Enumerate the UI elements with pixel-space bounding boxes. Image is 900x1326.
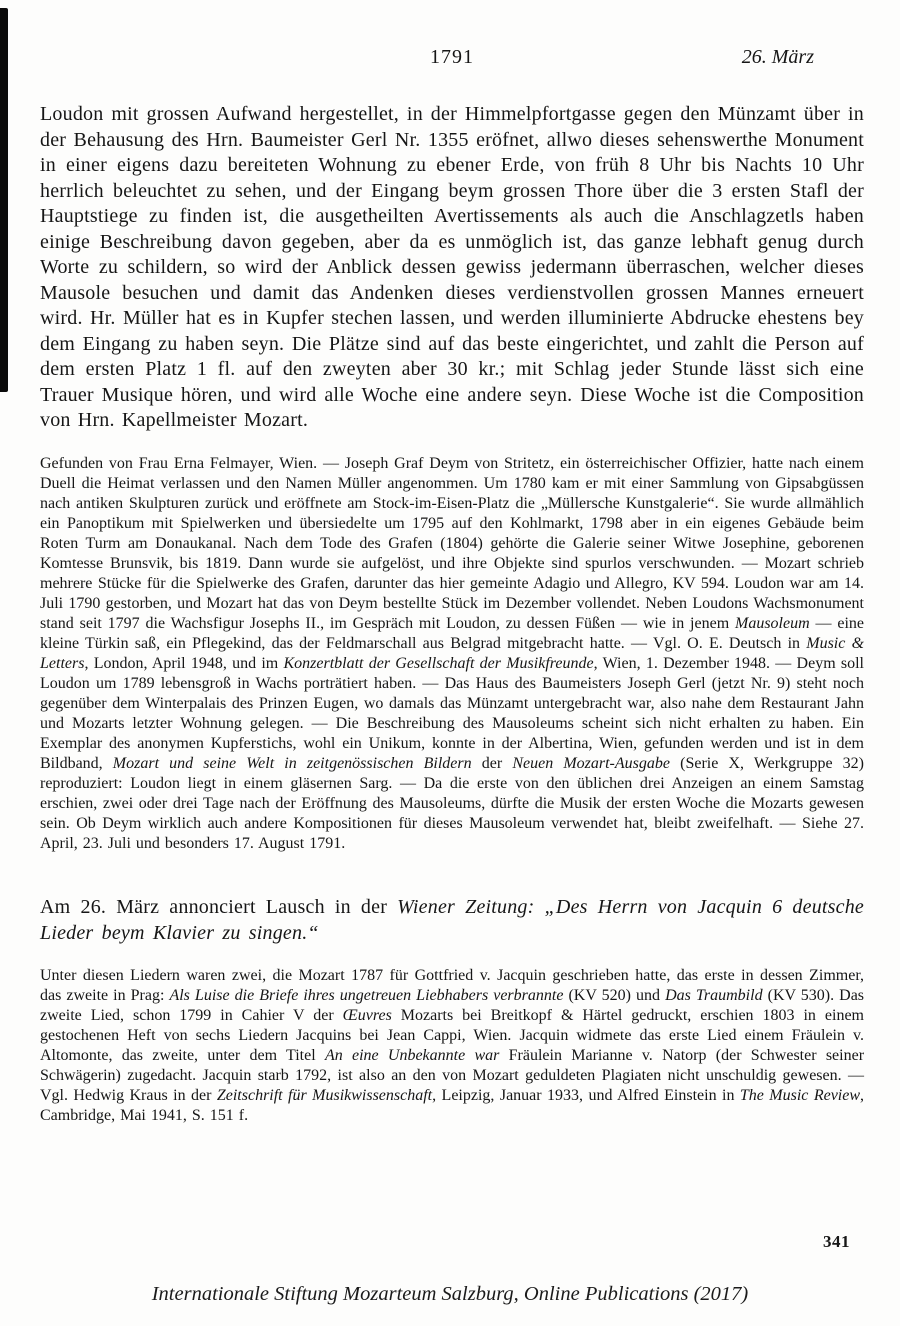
footer-credit: Internationale Stiftung Mozarteum Salzbu… (0, 1283, 900, 1306)
page-number: 341 (823, 1232, 850, 1252)
announcement-paragraph: Am 26. März annonciert Lausch in der Wie… (40, 894, 864, 946)
document-entry-paragraph: Loudon mit grossen Aufwand hergestellet,… (40, 102, 864, 434)
running-head: 1791 26. März (40, 46, 864, 74)
running-head-date: 26. März (742, 46, 814, 69)
running-head-year: 1791 (40, 46, 864, 69)
commentary-paragraph-1: Gefunden von Frau Erna Felmayer, Wien. —… (40, 454, 864, 854)
scan-edge-artifact (0, 8, 8, 392)
commentary-paragraph-2: Unter diesen Liedern waren zwei, die Moz… (40, 966, 864, 1126)
book-page: 1791 26. März Loudon mit grossen Aufwand… (0, 0, 900, 1326)
